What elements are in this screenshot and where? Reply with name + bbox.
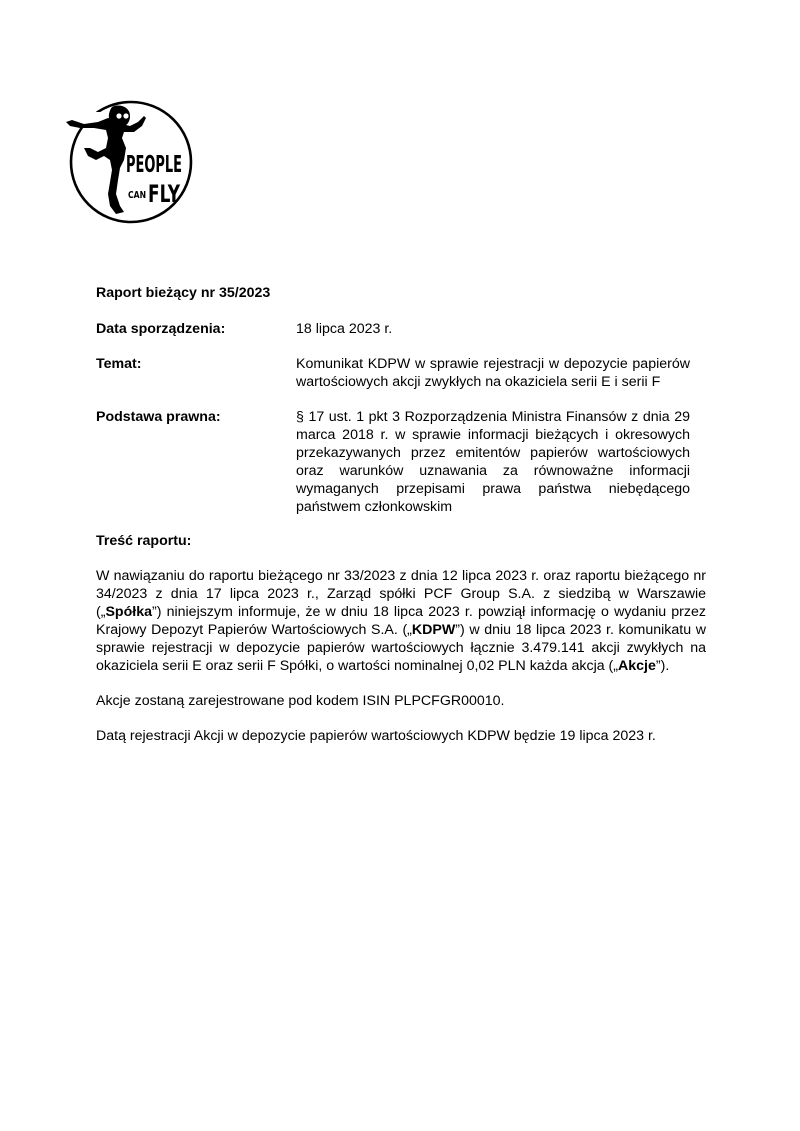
paragraph-3: Datą rejestracji Akcji w depozycie papie… bbox=[96, 727, 706, 745]
legal-basis-label: Podstawa prawna: bbox=[96, 408, 296, 516]
svg-text:PEOPLE: PEOPLE bbox=[126, 152, 182, 178]
paragraph-1-part-4: ”). bbox=[656, 658, 669, 674]
defined-term-akcje: Akcje bbox=[618, 658, 656, 674]
content-heading: Treść raportu: bbox=[96, 532, 706, 550]
subject-value: Komunikat KDPW w sprawie rejestracji w d… bbox=[296, 355, 690, 391]
svg-text:CAN: CAN bbox=[128, 190, 146, 201]
logo-icon: PEOPLE CAN FLY bbox=[64, 98, 194, 226]
legal-basis-value: § 17 ust. 1 pkt 3 Rozporządzenia Ministr… bbox=[296, 408, 690, 516]
svg-text:FLY: FLY bbox=[148, 180, 180, 208]
date-label: Data sporządzenia: bbox=[96, 320, 296, 338]
meta-row-legal-basis: Podstawa prawna: § 17 ust. 1 pkt 3 Rozpo… bbox=[96, 408, 706, 516]
date-value: 18 lipca 2023 r. bbox=[296, 320, 690, 338]
defined-term-kdpw: KDPW bbox=[412, 622, 455, 638]
paragraph-1: W nawiązaniu do raportu bieżącego nr 33/… bbox=[96, 567, 706, 675]
paragraph-2: Akcje zostaną zarejestrowane pod kodem I… bbox=[96, 692, 706, 710]
defined-term-spolka: Spółka bbox=[105, 604, 152, 620]
people-can-fly-logo: PEOPLE CAN FLY bbox=[64, 98, 194, 226]
subject-label: Temat: bbox=[96, 355, 296, 391]
report-title: Raport bieżący nr 35/2023 bbox=[96, 284, 706, 302]
meta-row-date: Data sporządzenia: 18 lipca 2023 r. bbox=[96, 320, 706, 338]
meta-row-subject: Temat: Komunikat KDPW w sprawie rejestra… bbox=[96, 355, 706, 391]
report-content: Raport bieżący nr 35/2023 Data sporządze… bbox=[96, 284, 706, 762]
